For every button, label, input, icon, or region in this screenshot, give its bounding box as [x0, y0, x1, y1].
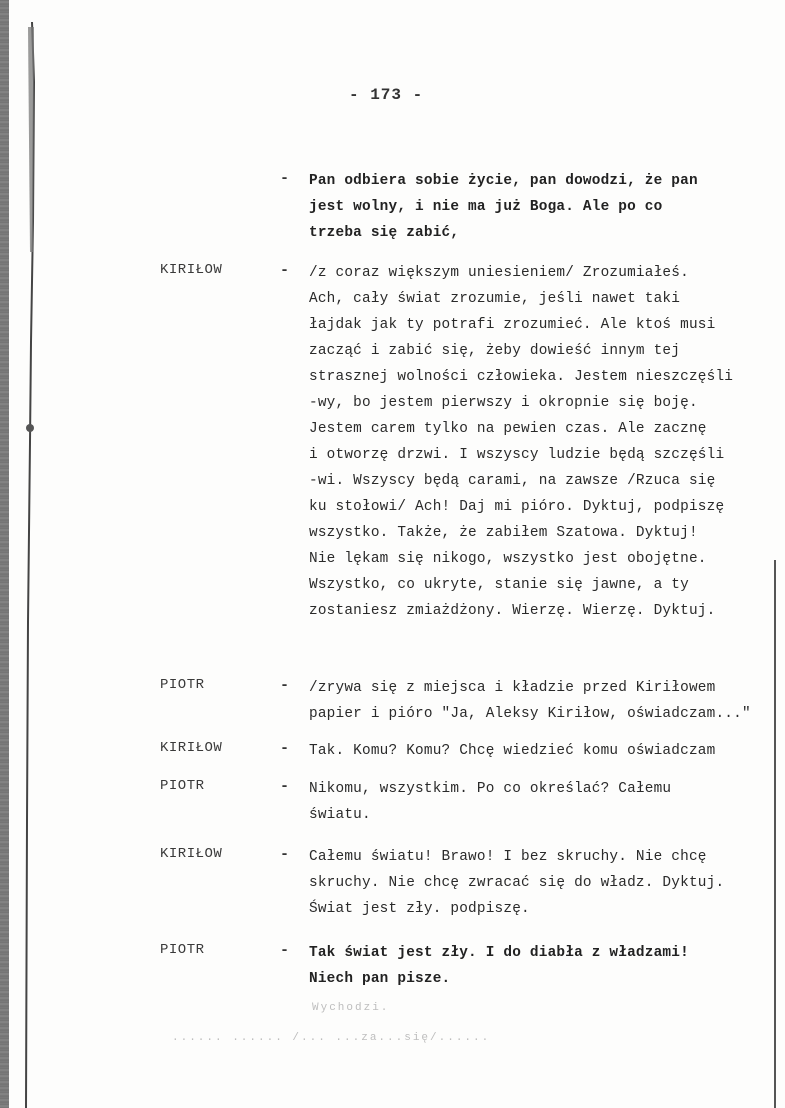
dialogue-text: /zrywa się z miejsca i kładzie przed Kir… — [309, 677, 779, 729]
dialogue-dash: - — [280, 170, 289, 187]
text-line: Tak świat jest zły. I do diabła z władza… — [309, 942, 779, 968]
speaker-name: KIRIŁOW — [160, 846, 222, 862]
dialogue-text: Całemu światu! Brawo! I bez skruchy. Nie… — [309, 846, 779, 924]
dialogue-text: /z coraz większym uniesieniem/ Zrozumiał… — [309, 262, 779, 626]
text-line: łajdak jak ty potrafi zrozumieć. Ale kto… — [309, 314, 779, 340]
text-line: Niech pan pisze. — [309, 968, 779, 994]
text-line: /zrywa się z miejsca i kładzie przed Kir… — [309, 677, 779, 703]
speaker-name: PIOTR — [160, 677, 205, 693]
text-line: światu. — [309, 804, 779, 830]
text-line: Wszystko, co ukryte, stanie się jawne, a… — [309, 574, 779, 600]
speaker-name: KIRIŁOW — [160, 262, 222, 278]
dialogue-text: Nikomu, wszystkim. Po co określać? Całem… — [309, 778, 779, 830]
dialogue-dash: - — [280, 262, 289, 279]
text-line: -wy, bo jestem pierwszy i okropnie się b… — [309, 392, 779, 418]
speaker-name: KIRIŁOW — [160, 740, 222, 756]
dialogue-dash: - — [280, 778, 289, 795]
dialogue-dash: - — [280, 846, 289, 863]
text-line: Tak. Komu? Komu? Chcę wiedzieć komu oświ… — [309, 740, 779, 766]
scan-shadow-right — [774, 560, 776, 1108]
dialogue-text: Pan odbiera sobie życie, pan dowodzi, że… — [309, 170, 779, 248]
text-line: ku stołowi/ Ach! Daj mi pióro. Dyktuj, p… — [309, 496, 779, 522]
text-line: -wi. Wszyscy będą carami, na zawsze /Rzu… — [309, 470, 779, 496]
text-line: zacząć i zabić się, żeby dowieść innym t… — [309, 340, 779, 366]
dialogue-dash: - — [280, 942, 289, 959]
text-line: strasznej wolności człowieka. Jestem nie… — [309, 366, 779, 392]
dialogue-text: Tak świat jest zły. I do diabła z władza… — [309, 942, 779, 994]
speaker-name: PIOTR — [160, 778, 205, 794]
dialogue-text: Tak. Komu? Komu? Chcę wiedzieć komu oświ… — [309, 740, 779, 766]
text-line: skruchy. Nie chcę zwracać się do władz. … — [309, 872, 779, 898]
scan-shadow-left — [0, 0, 9, 1108]
text-line: Nie lękam się nikogo, wszystko jest oboj… — [309, 548, 779, 574]
text-line: wszystko. Także, że zabiłem Szatowa. Dyk… — [309, 522, 779, 548]
text-line: jest wolny, i nie ma już Boga. Ale po co — [309, 196, 779, 222]
text-line: Ach, cały świat zrozumie, jeśli nawet ta… — [309, 288, 779, 314]
text-line: Pan odbiera sobie życie, pan dowodzi, że… — [309, 170, 779, 196]
faded-text-line: ...... ...... /... ...za...się/...... — [172, 1032, 490, 1044]
speaker-name: PIOTR — [160, 942, 205, 958]
text-line: Jestem carem tylko na pewien czas. Ale z… — [309, 418, 779, 444]
text-line: Całemu światu! Brawo! I bez skruchy. Nie… — [309, 846, 779, 872]
text-line: i otworzę drzwi. I wszyscy ludzie będą s… — [309, 444, 779, 470]
faded-stage-direction: Wychodzi. — [312, 1002, 389, 1014]
text-line: zostaniesz zmiażdżony. Wierzę. Wierzę. D… — [309, 600, 779, 626]
scanned-script-page: - 173 - - Pan odbiera sobie życie, pan d… — [0, 0, 785, 1108]
text-line: papier i pióro "Ja, Aleksy Kiriłow, oświ… — [309, 703, 779, 729]
page-number: - 173 - — [349, 86, 423, 104]
text-line: trzeba się zabić, — [309, 222, 779, 248]
text-line: Świat jest zły. podpiszę. — [309, 898, 779, 924]
binding-mark — [24, 22, 36, 1108]
text-line: Nikomu, wszystkim. Po co określać? Całem… — [309, 778, 779, 804]
text-line: /z coraz większym uniesieniem/ Zrozumiał… — [309, 262, 779, 288]
dialogue-dash: - — [280, 740, 289, 757]
dialogue-dash: - — [280, 677, 289, 694]
